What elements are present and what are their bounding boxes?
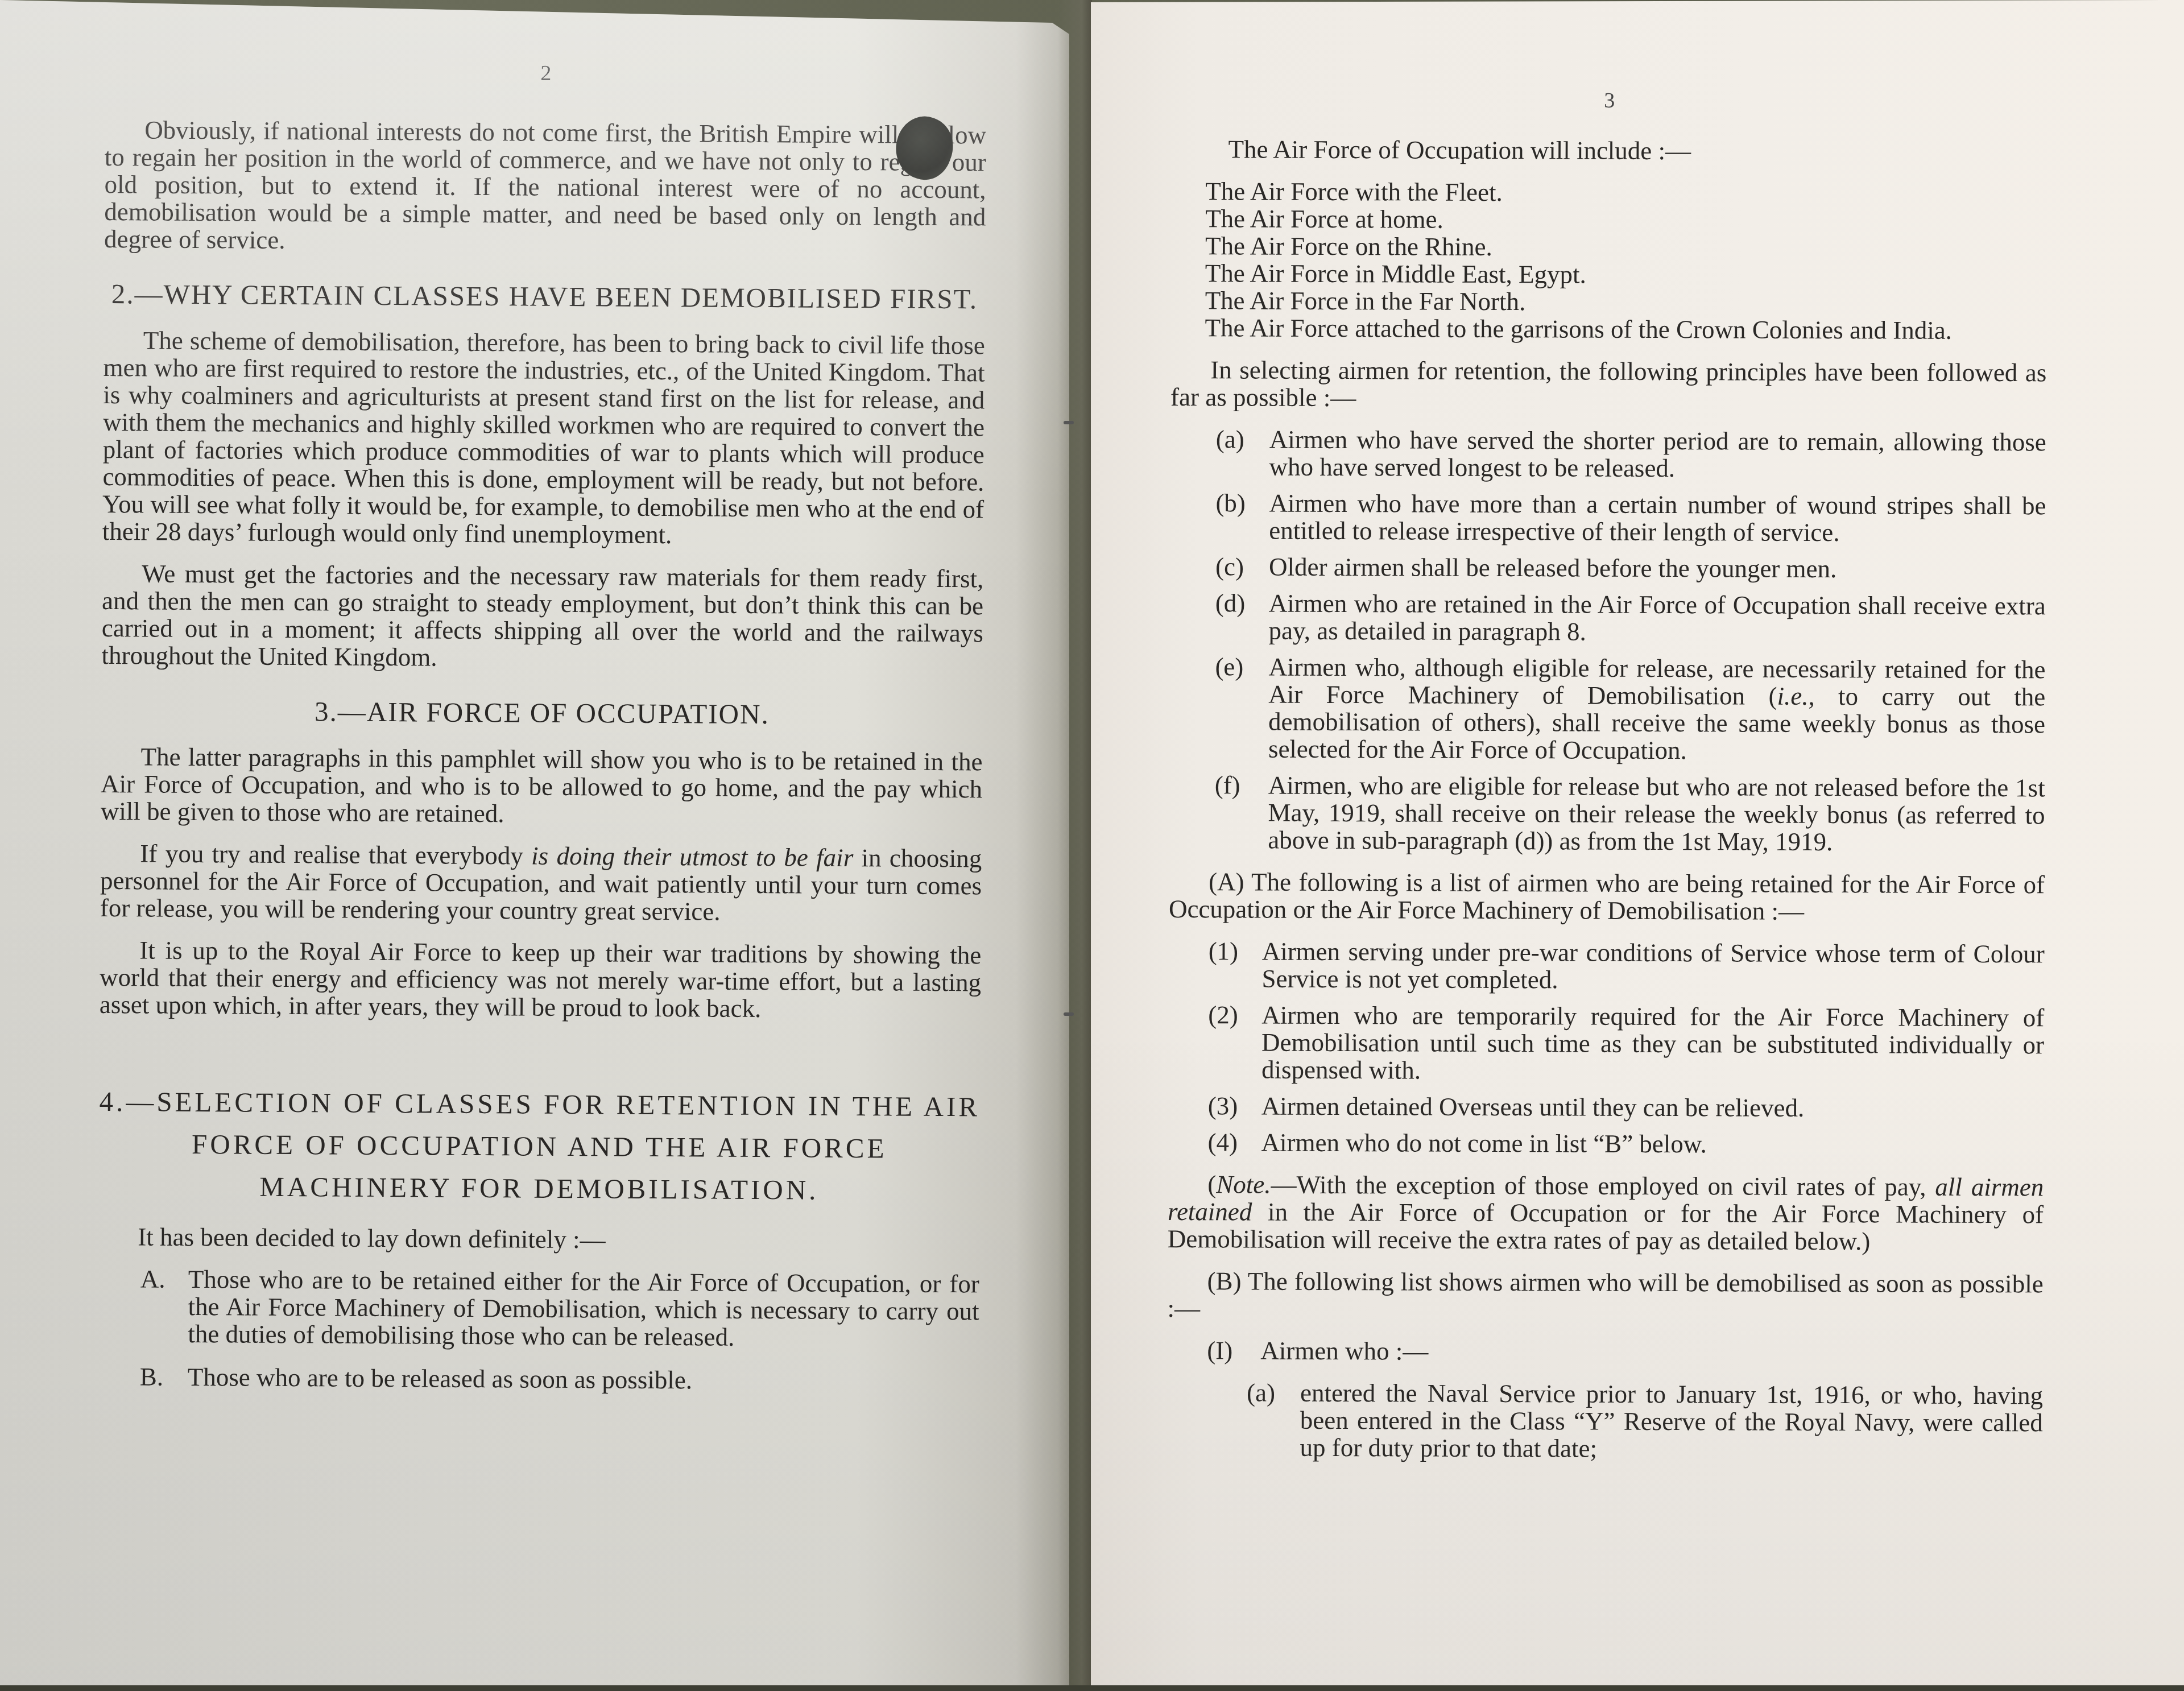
list-b-subitems: (a) entered the Naval Service prior to J… (1167, 1379, 2043, 1463)
list-item-text: Airmen who :— (1260, 1337, 2043, 1367)
list-item-text: Airmen who do not come in list “B” below… (1261, 1129, 2044, 1159)
list-item-text: Airmen who have served the shorter perio… (1269, 426, 2046, 483)
section-3-paragraph-3: It is up to the Royal Air Force to keep … (100, 936, 982, 1023)
page-number-left: 2 (105, 57, 987, 89)
list-item-label: (I) (1207, 1337, 1260, 1364)
left-page: 2 Obviously, if national interests do no… (0, 0, 1069, 1691)
principles-intro: In selecting airmen for retention, the f… (1170, 356, 2046, 414)
list-item: The Air Force with the Fleet. (1205, 177, 2047, 208)
emphasis-text: i.e. (1777, 682, 1808, 710)
note-paragraph: (Note.—With the exception of those emplo… (1168, 1171, 2044, 1255)
list-item-text: Airmen who, although eligible for releas… (1268, 654, 2046, 766)
list-item: The Air Force attached to the garrisons … (1205, 314, 2046, 344)
list-item: (b) Airmen who have more than a certain … (1215, 489, 2046, 547)
list-item: (1) Airmen serving under pre-war conditi… (1208, 937, 2044, 995)
list-item: The Air Force at home. (1205, 205, 2047, 235)
list-item: (a) entered the Naval Service prior to J… (1247, 1379, 2043, 1463)
binding-staple (1064, 1012, 1074, 1016)
list-item-label: (a) (1247, 1379, 1301, 1461)
list-item-label: (4) (1207, 1128, 1261, 1156)
list-item: A. Those who are to be retained either f… (140, 1265, 979, 1352)
list-item-label: (d) (1215, 589, 1269, 644)
section-2-paragraph-2: We must get the factories and the necess… (101, 560, 983, 674)
list-item: The Air Force in the Far North. (1205, 287, 2047, 317)
section-4-heading: 4.—SELECTION OF CLASSES FOR RETENTION IN… (98, 1081, 981, 1212)
paragraph-text: If you try and realise that everybody (140, 839, 531, 870)
list-item-text: Those who are to be retained either for … (188, 1266, 979, 1352)
list-item-text: entered the Naval Service prior to Janua… (1300, 1379, 2043, 1464)
left-page-content: 2 Obviously, if national interests do no… (97, 57, 987, 1411)
page-number-right: 3 (1172, 85, 2047, 115)
list-item: (I) Airmen who :— (1207, 1337, 2043, 1367)
list-a: (1) Airmen serving under pre-war conditi… (1168, 937, 2044, 1159)
list-item-label: (a) (1216, 425, 1269, 480)
list-b: (I) Airmen who :— (1167, 1337, 2043, 1367)
list-item: B. Those who are to be released as soon … (140, 1363, 979, 1395)
list-item-text: Airmen who are temporarily required for … (1261, 1002, 2044, 1086)
list-item: (e) Airmen who, although eligible for re… (1215, 653, 2046, 765)
section-3-paragraph-2: If you try and realise that everybody is… (100, 840, 982, 927)
list-item: (a) Airmen who have served the shorter p… (1216, 425, 2046, 483)
emphasis-text: is doing their utmost to be fair (531, 842, 853, 872)
note-open-paren: ( (1207, 1170, 1216, 1198)
right-page-content: 3 The Air Force of Occupation will inclu… (1167, 85, 2047, 1478)
note-text: —With the exception of those employed on… (1271, 1171, 1935, 1201)
list-item: (2) Airmen who are temporarily required … (1208, 1001, 2044, 1086)
section-4-intro: It has been decided to lay down definite… (98, 1223, 979, 1255)
list-item: The Air Force on the Rhine. (1205, 232, 2047, 262)
section-2-heading: 2.—WHY CERTAIN CLASSES HAVE BEEN DEMOBIL… (104, 278, 985, 316)
section-3-paragraph-1: The latter paragraphs in this pamphlet w… (101, 743, 983, 830)
list-item: (3) Airmen detained Overseas until they … (1208, 1092, 2044, 1122)
list-item: The Air Force in Middle East, Egypt. (1205, 259, 2047, 290)
spine-gutter-shadow (1058, 0, 1092, 1691)
intro-paragraph: Obviously, if national interests do not … (104, 116, 986, 258)
list-item-label: (b) (1215, 489, 1269, 544)
list-item-text: Those who are to be released as soon as … (188, 1363, 979, 1395)
binding-staple (1064, 421, 1074, 424)
note-text: in the Air Force of Occupation or for th… (1168, 1198, 2044, 1256)
list-item-label: (c) (1215, 553, 1269, 580)
booklet-bottom-edge (0, 1685, 2184, 1691)
list-item: (4) Airmen who do not come in list “B” b… (1207, 1128, 2044, 1159)
list-item-label: (2) (1208, 1001, 1262, 1083)
list-item-label: A. (140, 1265, 188, 1347)
list-item-text: Airmen, who are eligible for release but… (1268, 772, 2045, 857)
list-item-text: Airmen who have more than a certain numb… (1269, 490, 2046, 547)
list-item-label: (1) (1208, 937, 1261, 992)
list-item: (c) Older airmen shall be released befor… (1215, 553, 2046, 583)
list-a-intro: (A) The following is a list of airmen wh… (1169, 868, 2045, 925)
section-3-heading: 3.—AIR FORCE OF OCCUPATION. (101, 694, 983, 732)
list-item-text: Airmen detained Overseas until they can … (1261, 1093, 2044, 1123)
include-list: The Air Force with the Fleet. The Air Fo… (1170, 177, 2047, 344)
list-item-text: Airmen who are retained in the Air Force… (1269, 590, 2046, 647)
list-item: (d) Airmen who are retained in the Air F… (1215, 589, 2046, 647)
list-item-text: Older airmen shall be released before th… (1269, 553, 2046, 584)
list-b-intro: (B) The following list shows airmen who … (1167, 1267, 2043, 1325)
list-item-label: (f) (1214, 771, 1268, 853)
section-2-paragraph-1: The scheme of demobilisation, therefore,… (102, 326, 985, 550)
principles-list: (a) Airmen who have served the shorter p… (1169, 425, 2046, 856)
section-4-list: A. Those who are to be retained either f… (97, 1265, 979, 1395)
list-item-text: Airmen serving under pre-war conditions … (1261, 938, 2044, 995)
list-item-label: (e) (1215, 653, 1269, 762)
list-item: (f) Airmen, who are eligible for release… (1214, 771, 2045, 856)
include-intro: The Air Force of Occupation will include… (1172, 135, 2047, 166)
list-item-label: (3) (1208, 1092, 1261, 1119)
list-item-label: B. (140, 1363, 188, 1391)
note-label: Note. (1216, 1170, 1271, 1198)
